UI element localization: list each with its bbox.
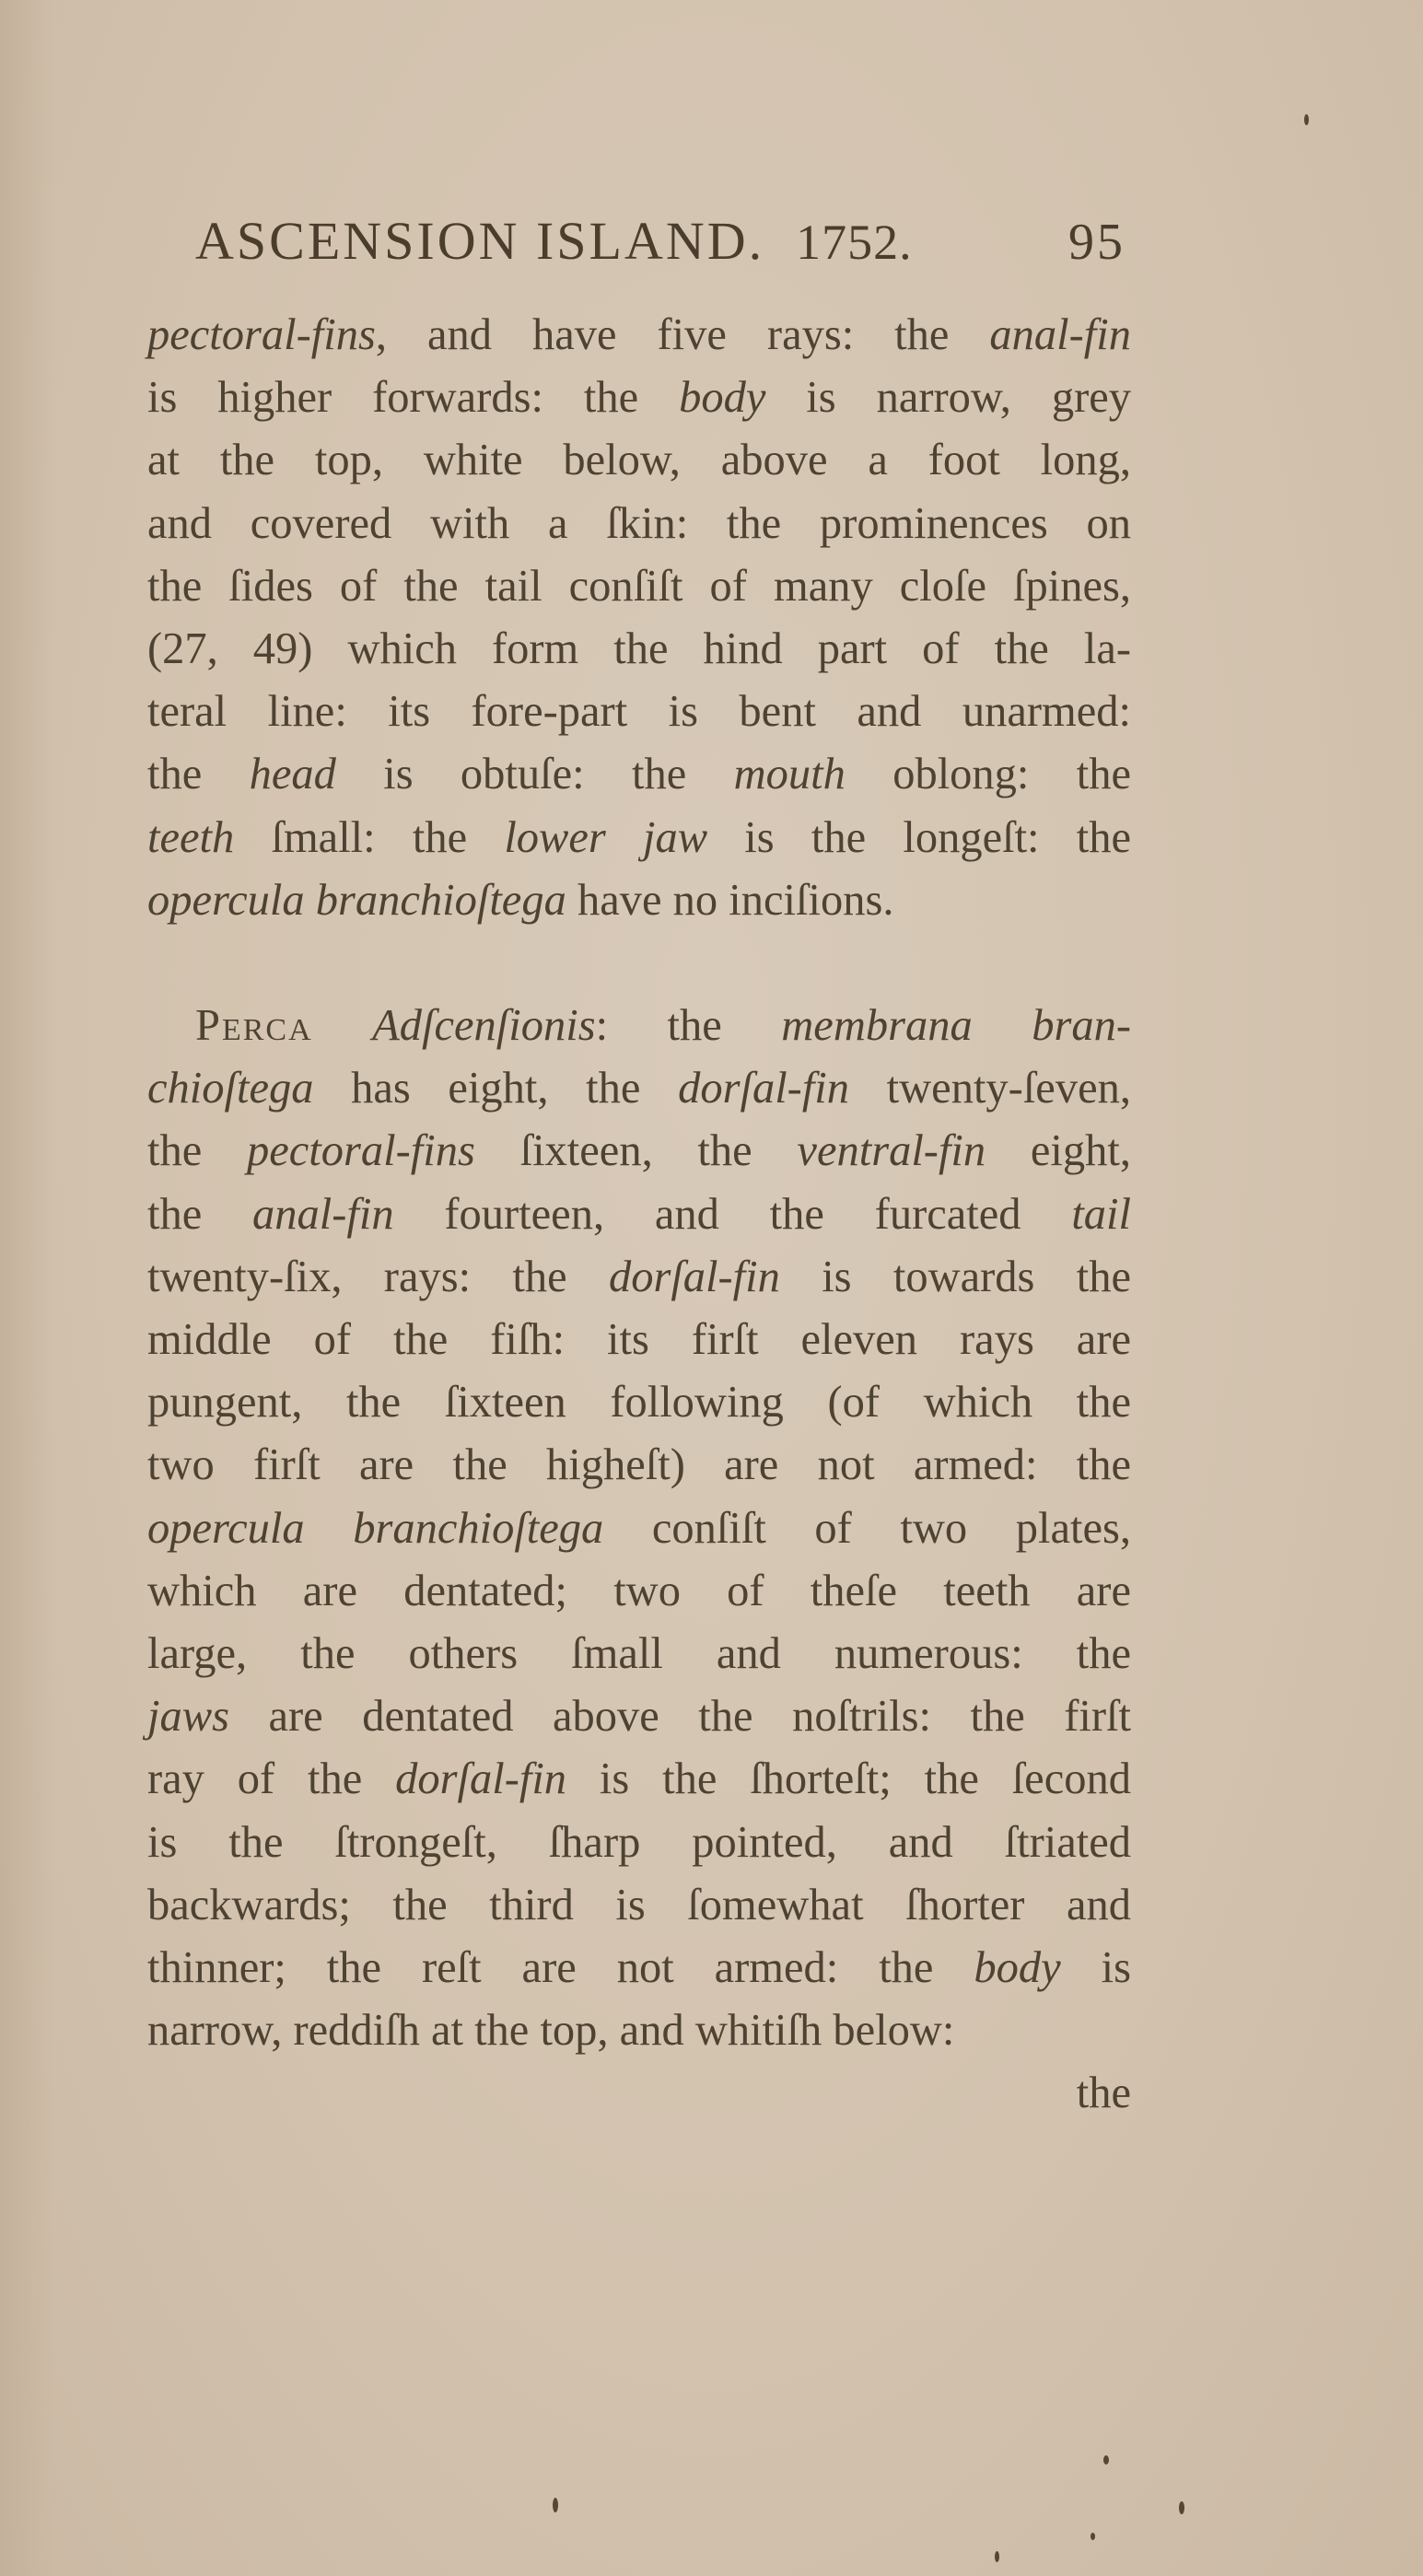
text-line: the pectoral-fins ſixteen, the ventral-f… — [147, 1120, 1131, 1183]
text-line: ray of the dorſal-fin is the ſhorteſt; t… — [147, 1748, 1131, 1811]
text-run: the — [147, 1126, 247, 1175]
text-run: oblong: the — [846, 750, 1131, 798]
text-run: the — [147, 1190, 252, 1239]
italic-term: lower jaw — [504, 813, 707, 862]
italic-term: body — [974, 1943, 1060, 1992]
text-line: at the top, white below, above a foot lo… — [147, 429, 1131, 492]
text-run: thinner; the reſt are not armed: the — [147, 1943, 974, 1992]
text-line: is the ſtrongeſt, ſharp pointed, and ſtr… — [147, 1812, 1131, 1874]
text-run: is the longeſt: the — [707, 813, 1131, 862]
text-run: twenty-ſeven, — [849, 1064, 1131, 1113]
text-line: pectoral-fins, and have five rays: the a… — [147, 304, 1131, 367]
page-number: 95 — [1068, 213, 1126, 272]
text-run: and covered with a ſkin: the prominences… — [147, 499, 1131, 548]
text-line: the ſides of the tail conſiſt of many cl… — [147, 555, 1131, 618]
gutter-shadow — [0, 0, 55, 2576]
paper-speck — [553, 2498, 558, 2512]
text-run: narrow, reddiſh at the top, and whitiſh … — [147, 2006, 954, 2055]
body-text: pectoral-fins, and have five rays: the a… — [147, 304, 1131, 2126]
text-line: the anal-fin fourteen, and the furcated … — [147, 1183, 1131, 1246]
text-run: large, the others ſmall and numerous: th… — [147, 1629, 1131, 1678]
text-line: large, the others ſmall and numerous: th… — [147, 1623, 1131, 1685]
italic-term: membrana bran- — [781, 1001, 1131, 1050]
italic-term: head — [250, 750, 336, 798]
text-run: twenty-ſix, rays: the — [147, 1253, 609, 1301]
paper-speck — [1179, 2501, 1184, 2514]
paper-speck — [995, 2551, 999, 2562]
paper-speck — [1103, 2455, 1109, 2465]
text-run: has eight, the — [313, 1064, 678, 1113]
italic-term: jaws — [147, 1692, 229, 1741]
text-line: chioſtega has eight, the dorſal-fin twen… — [147, 1057, 1131, 1120]
italic-term: dorſal-fin — [395, 1754, 566, 1803]
text-line: opercula branchioſtega conſiſt of two pl… — [147, 1498, 1131, 1560]
text-run: the ſides of the tail conſiſt of many cl… — [147, 562, 1131, 611]
italic-term: mouth — [734, 750, 846, 798]
text-line: twenty-ſix, rays: the dorſal-fin is towa… — [147, 1246, 1131, 1309]
italic-term: chioſtega — [147, 1064, 313, 1113]
text-run: at the top, white below, above a foot lo… — [147, 436, 1131, 484]
text-line: two firſt are the higheſt) are not armed… — [147, 1434, 1131, 1497]
text-line: pungent, the ſixteen following (of which… — [147, 1371, 1131, 1434]
text-run: middle of the fiſh: its firſt eleven ray… — [147, 1315, 1131, 1364]
text-run: two firſt are the higheſt) are not armed… — [147, 1440, 1131, 1489]
text-run: backwards; the third is ſomewhat ſhorter… — [147, 1881, 1131, 1929]
italic-term: ventral-fin — [797, 1126, 986, 1175]
text-run: , and have five rays: the — [376, 310, 990, 359]
text-line: which are dentated; two of theſe teeth a… — [147, 1560, 1131, 1623]
italic-term: pectoral-fins — [247, 1126, 475, 1175]
text-run: pungent, the ſixteen following (of which… — [147, 1378, 1131, 1427]
paragraph-pectoral-description: pectoral-fins, and have five rays: the a… — [147, 304, 1131, 932]
text-run: (27, 49) which form the hind part of the… — [147, 624, 1131, 673]
italic-term: anal-fin — [252, 1190, 394, 1239]
text-run: is higher forwards: the — [147, 373, 679, 422]
text-run — [313, 1001, 372, 1050]
italic-term: pectoral-fins — [147, 310, 376, 359]
italic-term: Adſcenſionis — [372, 1001, 595, 1050]
running-head: ASCENSION ISLAND. — [195, 210, 764, 272]
text-run: is the ſtrongeſt, ſharp pointed, and ſtr… — [147, 1818, 1131, 1867]
text-line: opercula branchioſtega have no inciſions… — [147, 869, 1131, 932]
page-header: ASCENSION ISLAND. 1752. 95 — [195, 210, 1126, 284]
text-line: jaws are dentated above the noſtrils: th… — [147, 1685, 1131, 1748]
text-run: ſmall: the — [234, 813, 504, 862]
text-run: ſixteen, the — [475, 1126, 798, 1175]
text-run: is towards the — [780, 1253, 1131, 1301]
text-run: is narrow, grey — [765, 373, 1131, 422]
text-line: middle of the fiſh: its firſt eleven ray… — [147, 1309, 1131, 1371]
italic-term: opercula branchioſtega — [147, 1504, 603, 1553]
text-run: is — [1061, 1943, 1131, 1992]
text-run: conſiſt of two plates, — [603, 1504, 1131, 1553]
text-run: eight, — [986, 1126, 1131, 1175]
italic-term: body — [679, 373, 765, 422]
text-run: the — [147, 750, 250, 798]
text-line: narrow, reddiſh at the top, and whitiſh … — [147, 1999, 1131, 2062]
text-line: Perca Adſcenſionis: the membrana bran- — [147, 995, 1131, 1057]
text-run: ray of the — [147, 1754, 395, 1803]
italic-term: dorſal-fin — [678, 1064, 849, 1113]
catchword: the — [147, 2062, 1131, 2125]
text-line: is higher forwards: the body is narrow, … — [147, 367, 1131, 429]
text-line: backwards; the third is ſomewhat ſhorter… — [147, 1874, 1131, 1937]
text-line: thinner; the reſt are not armed: the bod… — [147, 1937, 1131, 1999]
book-page: ASCENSION ISLAND. 1752. 95 pectoral-fins… — [0, 0, 1423, 2576]
italic-term: tail — [1071, 1190, 1131, 1239]
year: 1752. — [796, 214, 913, 271]
text-run: Perca — [195, 1001, 313, 1050]
text-run: is obtuſe: the — [336, 750, 734, 798]
text-run: teral line: its fore-part is bent and un… — [147, 687, 1131, 736]
text-line: (27, 49) which form the hind part of the… — [147, 618, 1131, 681]
italic-term: teeth — [147, 813, 234, 862]
text-run: fourteen, and the furcated — [394, 1190, 1072, 1239]
text-run: are dentated above the noſtrils: the fir… — [229, 1692, 1131, 1741]
text-run: : the — [596, 1001, 782, 1050]
text-line: the head is obtuſe: the mouth oblong: th… — [147, 743, 1131, 806]
text-line: teeth ſmall: the lower jaw is the longeſ… — [147, 807, 1131, 869]
text-run: have no inciſions. — [566, 876, 894, 925]
paper-speck — [1304, 114, 1309, 125]
paper-speck — [1091, 2533, 1095, 2540]
italic-term: anal-fin — [989, 310, 1131, 359]
italic-term: dorſal-fin — [609, 1253, 780, 1301]
text-line: teral line: its fore-part is bent and un… — [147, 681, 1131, 743]
italic-term: opercula branchioſtega — [147, 876, 566, 925]
text-run: is the ſhorteſt; the ſecond — [566, 1754, 1131, 1803]
text-line: and covered with a ſkin: the prominences… — [147, 493, 1131, 555]
paragraph-perca-adscensionis: Perca Adſcenſionis: the membrana bran-ch… — [147, 995, 1131, 2062]
text-run: which are dentated; two of theſe teeth a… — [147, 1567, 1131, 1615]
